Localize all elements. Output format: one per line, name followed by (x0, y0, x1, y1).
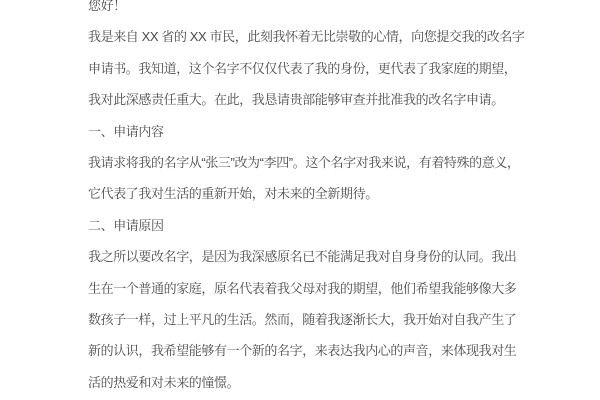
text-line: 活的热爱和对未来的憧憬。 (88, 367, 558, 398)
text-line: 新的认识，我希望能够有一个新的名字，来表达我内心的声音，来体现我对生 (88, 335, 558, 366)
text-line: 它代表了我对生活的重新开始，对未来的全新期待。 (88, 178, 558, 209)
application-letter-body: 您好！我是来自 XX 省的 XX 市民，此刻我怀着无比崇敬的心情，向您提交我的改… (88, 0, 558, 398)
text-line: 生在一个普通的家庭，原名代表着我父母对我的期望，他们希望我能够像大多 (88, 273, 558, 304)
section-heading: 一、申请内容 (88, 116, 558, 147)
section-heading: 二、申请原因 (88, 210, 558, 241)
text-line: 数孩子一样，过上平凡的生活。然而，随着我逐渐长大，我开始对自我产生了 (88, 304, 558, 335)
text-line: 申请书。我知道，这个名字不仅仅代表了我的身份，更代表了我家庭的期望， (88, 53, 558, 84)
document-page: 您好！我是来自 XX 省的 XX 市民，此刻我怀着无比崇敬的心情，向您提交我的改… (0, 0, 600, 400)
text-line: 我之所以要改名字，是因为我深感原名已不能满足我对自身身份的认同。我出 (88, 241, 558, 272)
greeting-line: 您好！ (88, 0, 558, 21)
text-line: 我是来自 XX 省的 XX 市民，此刻我怀着无比崇敬的心情，向您提交我的改名字 (88, 21, 558, 52)
text-line: 我请求将我的名字从“张三”改为“李四”。这个名字对我来说，有着特殊的意义， (88, 147, 558, 178)
text-line: 我对此深感责任重大。在此，我恳请贵部能够审查并批准我的改名字申请。 (88, 84, 558, 115)
